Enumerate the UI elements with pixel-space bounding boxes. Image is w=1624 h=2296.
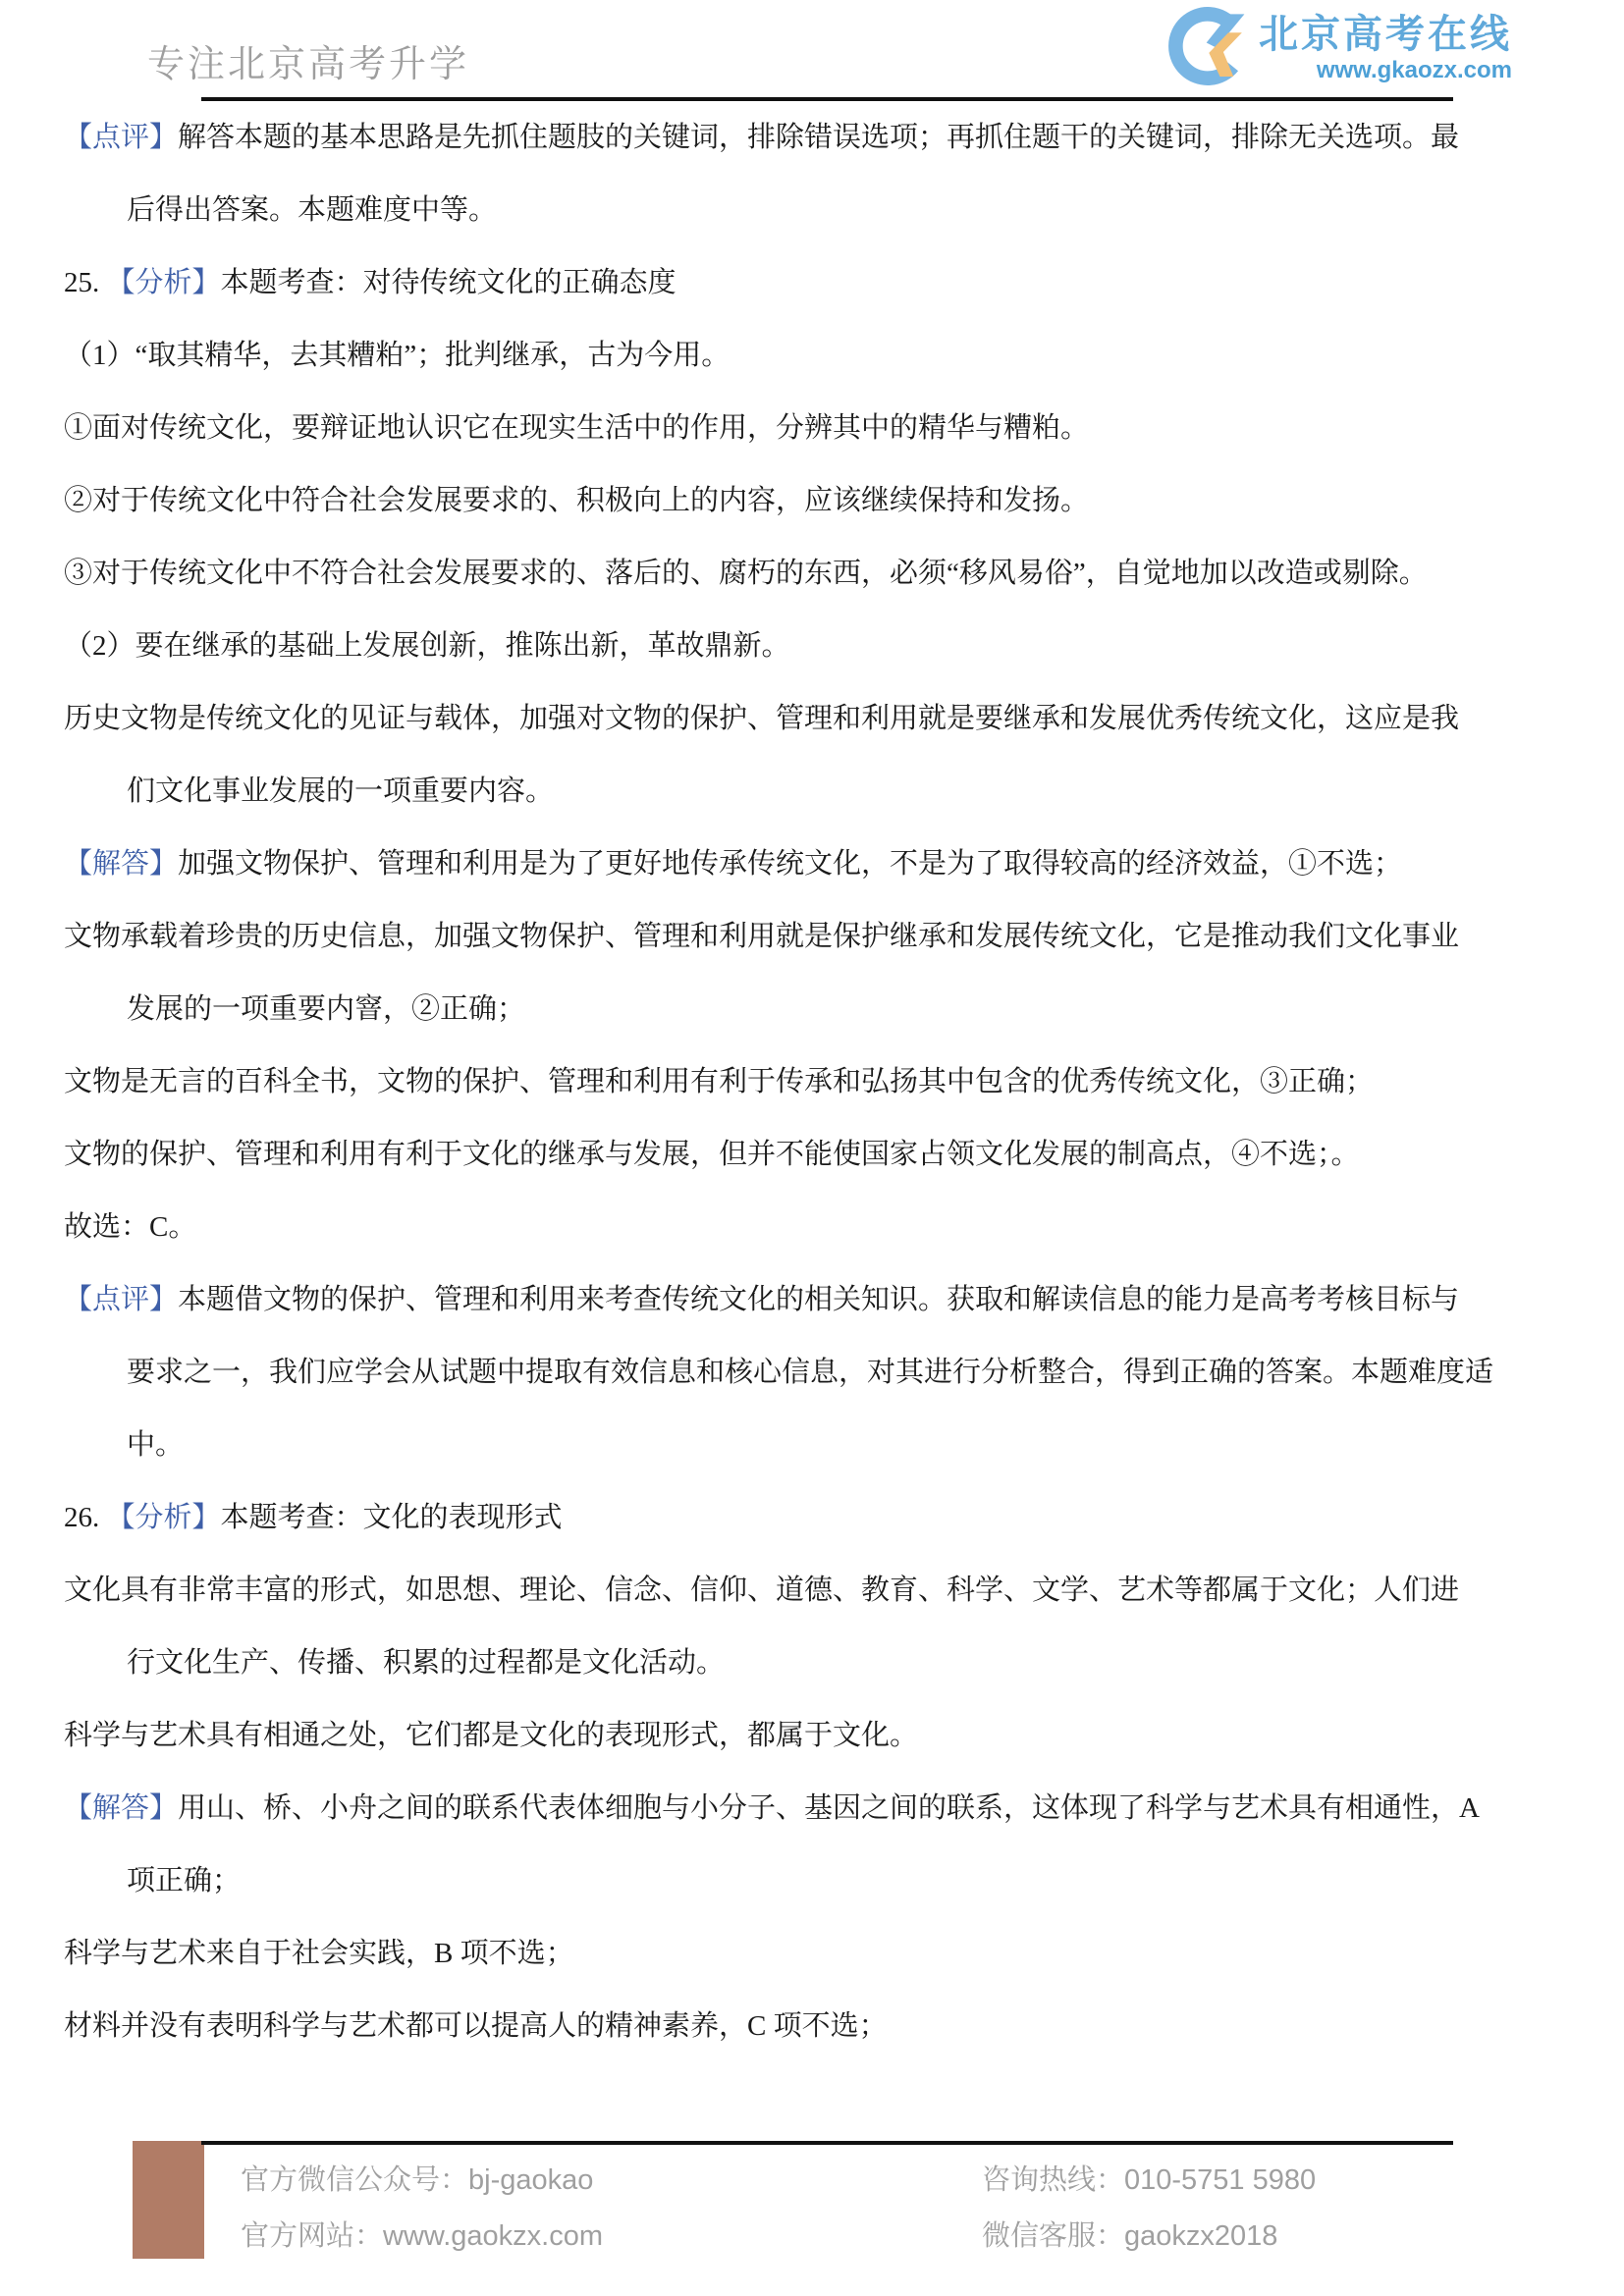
text-segment: 文物的保护、管理和利用有利于文化的继承与发展，但并不能使国家占领文化发展的制高点… xyxy=(64,1139,1360,1170)
document-line: 文物的保护、管理和利用有利于文化的继承与发展，但并不能使国家占领文化发展的制高点… xyxy=(64,1118,1585,1191)
text-segment: 解答本题的基本思路是先抓住题肢的关键词，排除错误选项；再抓住题干的关键词，排除无… xyxy=(178,122,1459,153)
text-segment: 科学与艺术具有相通之处，它们都是文化的表现形式，都属于文化。 xyxy=(64,1720,918,1751)
gk-logo-icon xyxy=(1163,4,1247,93)
text-segment: 项正确； xyxy=(127,1865,241,1896)
document-line: 发展的一项重要内窨，②正确； xyxy=(64,973,1585,1045)
document-line: 故选：C。 xyxy=(64,1191,1585,1263)
text-segment: 中。 xyxy=(127,1429,184,1461)
document-line: 要求之一，我们应学会从试题中提取有效信息和核心信息，对其进行分析整合，得到正确的… xyxy=(64,1336,1585,1409)
document-line: 文物是无言的百科全书，文物的保护、管理和利用有利于传承和弘扬其中包含的优秀传统文… xyxy=(64,1045,1585,1118)
text-segment: 材料并没有表明科学与艺术都可以提高人的精神素养，C 项不选； xyxy=(64,2010,888,2042)
footer-hotline: 咨询热线：010-5751 5980 xyxy=(982,2153,1316,2209)
section-label-tag: 【点评】 xyxy=(64,122,178,153)
document-line: 项正确； xyxy=(64,1844,1585,1917)
document-line: 材料并没有表明科学与艺术都可以提高人的精神素养，C 项不选； xyxy=(64,1990,1585,2062)
section-label-tag: 【解答】 xyxy=(64,848,178,880)
document-line: （2）要在继承的基础上发展创新，推陈出新，革故鼎新。 xyxy=(64,610,1585,682)
document-line: （1）“取其精华，去其糟粕”；批判继承，古为今用。 xyxy=(64,319,1585,392)
section-label-tag: 【点评】 xyxy=(64,1284,178,1315)
text-segment: 26. xyxy=(64,1502,107,1533)
text-segment: 本题借文物的保护、管理和利用来考查传统文化的相关知识。获取和解读信息的能力是高考… xyxy=(178,1284,1459,1315)
page-footer: 官方微信公众号：bj-gaokao 官方网站：www.gaokzx.com 咨询… xyxy=(0,2141,1624,2294)
footer-website: 官方网站：www.gaokzx.com xyxy=(241,2209,603,2265)
document-line: 26. 【分析】本题考查：文化的表现形式 xyxy=(64,1481,1585,1554)
section-label-tag: 【分析】 xyxy=(107,1502,221,1533)
text-segment: 文化具有非常丰富的形式，如思想、理论、信念、信仰、道德、教育、科学、文学、艺术等… xyxy=(64,1575,1459,1606)
footer-wechat-service: 微信客服：gaokzx2018 xyxy=(982,2209,1316,2265)
document-line: 【解答】加强文物保护、管理和利用是为了更好地传承传统文化，不是为了取得较高的经济… xyxy=(64,828,1585,900)
footer-divider-line xyxy=(201,2141,1453,2145)
scanned-exam-answer-page: { "header": { "title": "专注北京高考升学", "logo… xyxy=(0,0,1624,2296)
document-line: 【点评】本题借文物的保护、管理和利用来考查传统文化的相关知识。获取和解读信息的能… xyxy=(64,1263,1585,1336)
footer-brown-block xyxy=(133,2141,204,2259)
document-line: 们文化事业发展的一项重要内容。 xyxy=(64,755,1585,828)
document-line: ①面对传统文化，要辩证地认识它在现实生活中的作用，分辨其中的精华与糟粕。 xyxy=(64,392,1585,464)
footer-wechat-account: 官方微信公众号：bj-gaokao xyxy=(241,2153,603,2209)
document-line: 科学与艺术具有相通之处，它们都是文化的表现形式，都属于文化。 xyxy=(64,1699,1585,1772)
document-line: 【点评】解答本题的基本思路是先抓住题肢的关键词，排除错误选项；再抓住题干的关键词… xyxy=(64,101,1585,174)
text-segment: 文物是无言的百科全书，文物的保护、管理和利用有利于传承和弘扬其中包含的优秀传统文… xyxy=(64,1066,1374,1097)
document-body: 【点评】解答本题的基本思路是先抓住题肢的关键词，排除错误选项；再抓住题干的关键词… xyxy=(64,101,1585,2062)
text-segment: 科学与艺术来自于社会实践，B 项不选； xyxy=(64,1938,574,1969)
document-line: 25. 【分析】本题考查：对待传统文化的正确态度 xyxy=(64,246,1585,319)
document-line: ②对于传统文化中符合社会发展要求的、积极向上的内容，应该继续保持和发扬。 xyxy=(64,464,1585,537)
text-segment: 文物承载着珍贵的历史信息，加强文物保护、管理和利用就是保护继承和发展传统文化，它… xyxy=(64,921,1459,952)
document-line: 【解答】用山、桥、小舟之间的联系代表体细胞与小分子、基因之间的联系，这体现了科学… xyxy=(64,1772,1585,1844)
text-segment: 加强文物保护、管理和利用是为了更好地传承传统文化，不是为了取得较高的经济效益，①… xyxy=(178,848,1402,880)
text-segment: ③对于传统文化中不符合社会发展要求的、落后的、腐朽的东西，必须“移风易俗”，自觉… xyxy=(64,558,1428,589)
text-segment: 行文化生产、传播、积累的过程都是文化活动。 xyxy=(127,1647,725,1679)
footer-left-column: 官方微信公众号：bj-gaokao 官方网站：www.gaokzx.com xyxy=(241,2153,603,2265)
document-line: 历史文物是传统文化的见证与载体，加强对文物的保护、管理和利用就是要继承和发展优秀… xyxy=(64,682,1585,755)
text-segment: 们文化事业发展的一项重要内容。 xyxy=(127,775,554,807)
text-segment: 本题考查：对待传统文化的正确态度 xyxy=(221,267,677,298)
header-slogan: 专注北京高考升学 xyxy=(147,33,469,87)
document-line: 中。 xyxy=(64,1409,1585,1481)
site-logo: 北京高考在线 www.gkaozx.com xyxy=(1163,4,1512,93)
text-segment: ①面对传统文化，要辩证地认识它在现实生活中的作用，分辨其中的精华与糟粕。 xyxy=(64,412,1089,444)
text-segment: 发展的一项重要内窨，②正确； xyxy=(127,993,525,1025)
logo-site-name: 北京高考在线 xyxy=(1259,13,1512,56)
text-segment: 要求之一，我们应学会从试题中提取有效信息和核心信息，对其进行分析整合，得到正确的… xyxy=(127,1357,1493,1388)
text-segment: 历史文物是传统文化的见证与载体，加强对文物的保护、管理和利用就是要继承和发展优秀… xyxy=(64,703,1459,734)
text-segment: 25. xyxy=(64,267,107,298)
document-line: 行文化生产、传播、积累的过程都是文化活动。 xyxy=(64,1627,1585,1699)
page-header: 专注北京高考升学 北京高考在线 www.gkaozx.com xyxy=(0,0,1624,101)
text-segment: ②对于传统文化中符合社会发展要求的、积极向上的内容，应该继续保持和发扬。 xyxy=(64,485,1089,516)
document-line: 文物承载着珍贵的历史信息，加强文物保护、管理和利用就是保护继承和发展传统文化，它… xyxy=(64,900,1585,973)
text-segment: （1）“取其精华，去其糟粕”；批判继承，古为今用。 xyxy=(64,340,730,371)
document-line: 科学与艺术来自于社会实践，B 项不选； xyxy=(64,1917,1585,1990)
document-line: 文化具有非常丰富的形式，如思想、理论、信念、信仰、道德、教育、科学、文学、艺术等… xyxy=(64,1554,1585,1627)
text-segment: 用山、桥、小舟之间的联系代表体细胞与小分子、基因之间的联系，这体现了科学与艺术具… xyxy=(178,1792,1480,1824)
section-label-tag: 【解答】 xyxy=(64,1792,178,1824)
text-segment: 后得出答案。本题难度中等。 xyxy=(127,194,497,226)
logo-site-url: www.gkaozx.com xyxy=(1259,58,1512,83)
document-line: ③对于传统文化中不符合社会发展要求的、落后的、腐朽的东西，必须“移风易俗”，自觉… xyxy=(64,537,1585,610)
text-segment: 本题考查：文化的表现形式 xyxy=(221,1502,563,1533)
text-segment: 故选：C。 xyxy=(64,1211,196,1243)
logo-text-block: 北京高考在线 www.gkaozx.com xyxy=(1259,13,1512,83)
document-line: 后得出答案。本题难度中等。 xyxy=(64,174,1585,246)
header-divider-line xyxy=(201,97,1453,101)
footer-right-column: 咨询热线：010-5751 5980 微信客服：gaokzx2018 xyxy=(982,2153,1316,2265)
text-segment: （2）要在继承的基础上发展创新，推陈出新，革故鼎新。 xyxy=(64,630,790,662)
section-label-tag: 【分析】 xyxy=(107,267,221,298)
